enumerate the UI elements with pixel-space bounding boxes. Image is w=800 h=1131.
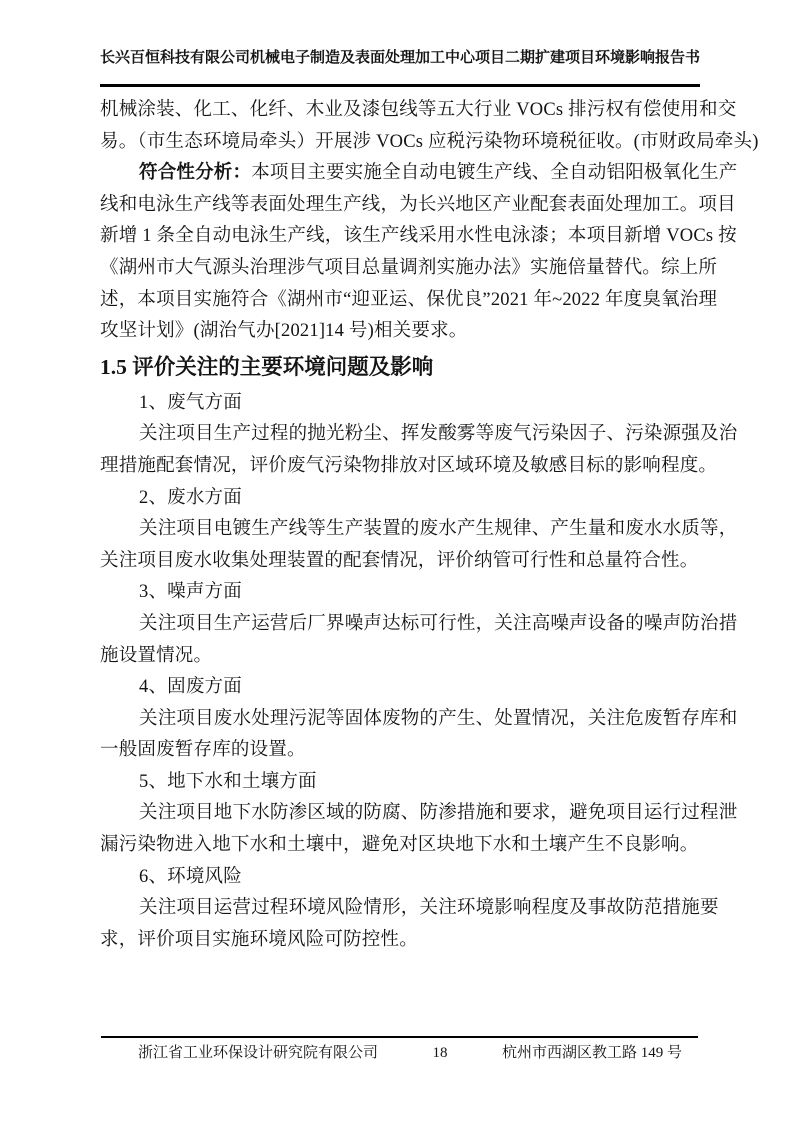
continuation-line-1: 机械涂装、化工、化纤、木业及漆包线等五大行业 VOCs 排污权有偿使用和交 bbox=[100, 95, 704, 127]
document-body: 机械涂装、化工、化纤、木业及漆包线等五大行业 VOCs 排污权有偿使用和交 易。… bbox=[100, 95, 704, 956]
footer-company: 浙江省工业环保设计研究院有限公司 bbox=[138, 1042, 378, 1064]
header-title: 长兴百恒科技有限公司机械电子制造及表面处理加工中心项目二期扩建项目环境影响报告书 bbox=[100, 46, 700, 67]
item-2-title: 2、废水方面 bbox=[100, 483, 704, 515]
footer-page-number: 18 bbox=[433, 1042, 448, 1064]
item-6-line-2: 求，评价项目实施环境风险可防控性。 bbox=[100, 925, 704, 957]
compliance-line-2: 线和电泳生产线等表面处理生产线，为长兴地区产业配套表面处理加工。项目 bbox=[100, 190, 704, 222]
item-4-line-1: 关注项目废水处理污泥等固体废物的产生、处置情况，关注危废暂存库和 bbox=[100, 704, 704, 736]
item-1-line-2: 理措施配套情况，评价废气污染物排放对区域环境及敏感目标的影响程度。 bbox=[100, 451, 704, 483]
page-footer: 浙江省工业环保设计研究院有限公司 18 杭州市西湖区教工路 149 号 bbox=[101, 1042, 698, 1064]
item-5-line-2: 漏污染物进入地下水和土壤中，避免对区块地下水和土壤产生不良影响。 bbox=[100, 830, 704, 862]
compliance-lead: 符合性分析： bbox=[139, 163, 251, 183]
document-page: 长兴百恒科技有限公司机械电子制造及表面处理加工中心项目二期扩建项目环境影响报告书… bbox=[0, 0, 800, 1131]
compliance-line-5: 述，本项目实施符合《湖州市“迎亚运、保优良”2021 年~2022 年度臭氧治理 bbox=[100, 285, 704, 317]
footer-rule bbox=[101, 1036, 698, 1038]
item-5-line-1: 关注项目地下水防渗区域的防腐、防渗措施和要求，避免项目运行过程泄 bbox=[100, 798, 704, 830]
compliance-line-1-rest: 本项目主要实施全自动电镀生产线、全自动铝阳极氧化生产 bbox=[251, 163, 737, 183]
header-rule bbox=[100, 84, 700, 87]
item-3-line-1: 关注项目生产运营后厂界噪声达标可行性，关注高噪声设备的噪声防治措 bbox=[100, 609, 704, 641]
item-2-line-2: 关注项目废水收集处理装置的配套情况，评价纳管可行性和总量符合性。 bbox=[100, 546, 704, 578]
item-6-line-1: 关注项目运营过程环境风险情形，关注环境影响程度及事故防范措施要 bbox=[100, 893, 704, 925]
item-4-line-2: 一般固废暂存库的设置。 bbox=[100, 735, 704, 767]
item-4-title: 4、固废方面 bbox=[100, 672, 704, 704]
item-6-title: 6、环境风险 bbox=[100, 862, 704, 894]
item-3-title: 3、噪声方面 bbox=[100, 577, 704, 609]
item-5-title: 5、地下水和土壤方面 bbox=[100, 767, 704, 799]
footer-address: 杭州市西湖区教工路 149 号 bbox=[502, 1042, 682, 1064]
compliance-line-3: 新增 1 条全自动电泳生产线，该生产线采用水性电泳漆；本项目新增 VOCs 按 bbox=[100, 221, 704, 253]
item-1-title: 1、废气方面 bbox=[100, 388, 704, 420]
item-2-line-1: 关注项目电镀生产线等生产装置的废水产生规律、产生量和废水水质等， bbox=[100, 514, 704, 546]
compliance-line-6: 攻坚计划》(湖治气办[2021]14 号)相关要求。 bbox=[100, 316, 704, 348]
compliance-line-4: 《湖州市大气源头治理涉气项目总量调剂实施办法》实施倍量替代。综上所 bbox=[100, 253, 704, 285]
compliance-line-1: 符合性分析：本项目主要实施全自动电镀生产线、全自动铝阳极氧化生产 bbox=[100, 158, 704, 190]
item-3-line-2: 施设置情况。 bbox=[100, 641, 704, 673]
section-heading-1-5: 1.5 评价关注的主要环境问题及影响 bbox=[100, 351, 704, 384]
item-1-line-1: 关注项目生产过程的抛光粉尘、挥发酸雾等废气污染因子、污染源强及治 bbox=[100, 419, 704, 451]
continuation-line-2: 易。（市生态环境局牵头）开展涉 VOCs 应税污染物环境税征收。(市财政局牵头) bbox=[100, 127, 704, 159]
